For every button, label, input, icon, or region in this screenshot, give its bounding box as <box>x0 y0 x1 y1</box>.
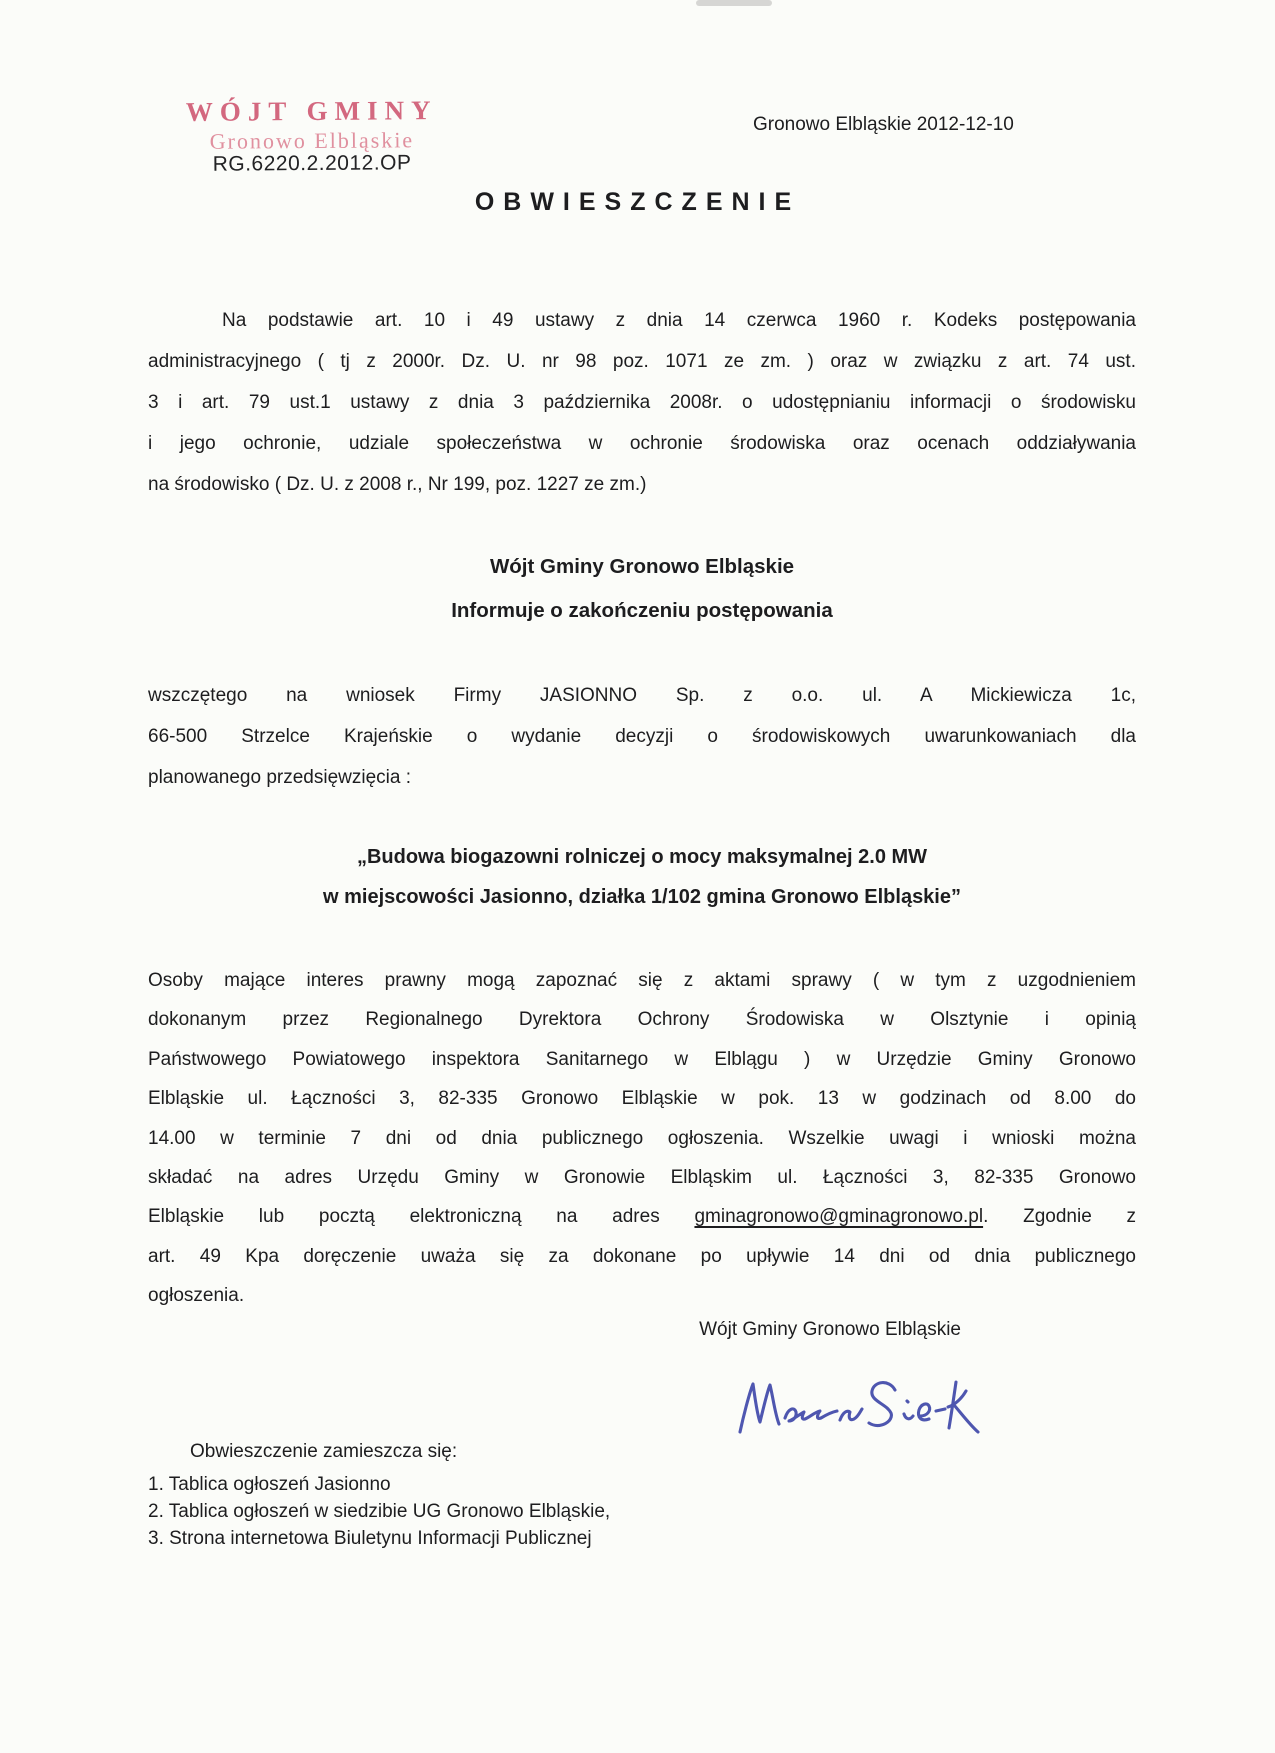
information-line: ogłoszenia. <box>148 1276 1136 1315</box>
office-stamp: WÓJT GMINY Gronowo Elbląskie RG.6220.2.2… <box>186 95 438 177</box>
information-line: 14.00 w terminie 7 dni od dnia publiczne… <box>148 1119 1136 1158</box>
distribution-list-item: 1. Tablica ogłoszeń Jasionno <box>148 1471 1136 1498</box>
legal-basis-line: na środowisko ( Dz. U. z 2008 r., Nr 199… <box>148 464 1136 505</box>
announcement-heading: Wójt Gminy Gronowo Elbląskie Informuje o… <box>148 545 1136 633</box>
information-line: art. 49 Kpa doręczenie uważa się za doko… <box>148 1237 1136 1276</box>
application-line: wszczętego na wniosek Firmy JASIONNO Sp.… <box>148 675 1136 716</box>
information-line: Elbląskie lub pocztą elektroniczną na ad… <box>148 1197 1136 1236</box>
case-reference-number: RG.6220.2.2012.OP <box>186 151 438 177</box>
distribution-label: Obwieszczenie zamieszcza się: <box>148 1438 1136 1465</box>
application-line: planowanego przedsięwzięcia : <box>148 757 1136 798</box>
heading-authority: Wójt Gminy Gronowo Elbląskie <box>148 545 1136 589</box>
legal-basis-paragraph: Na podstawie art. 10 i 49 ustawy z dnia … <box>148 300 1136 505</box>
legal-basis-line: i jego ochronie, udziale społeczeństwa w… <box>148 423 1136 464</box>
information-paragraph: Osoby mające interes prawny mogą zapozna… <box>148 961 1136 1316</box>
heading-statement: Informuje o zakończeniu postępowania <box>148 589 1136 633</box>
information-line: składać na adres Urzędu Gminy w Gronowie… <box>148 1158 1136 1197</box>
information-line: Elbląskie ul. Łączności 3, 82-335 Gronow… <box>148 1079 1136 1118</box>
application-line: 66-500 Strzelce Krajeńskie o wydanie dec… <box>148 716 1136 757</box>
distribution-list-item: 2. Tablica ogłoszeń w siedzibie UG Grono… <box>148 1498 1136 1525</box>
application-paragraph: wszczętego na wniosek Firmy JASIONNO Sp.… <box>148 675 1136 798</box>
closing-signatory-title: Wójt Gminy Gronowo Elbląskie <box>148 1312 1136 1348</box>
project-title-line-2: w miejscowości Jasionno, działka 1/102 g… <box>148 877 1136 917</box>
document-body: Na podstawie art. 10 i 49 ustawy z dnia … <box>148 300 1136 1552</box>
email-address: gminagronowo@gminagronowo.pl <box>694 1206 983 1227</box>
stamp-office-name: WÓJT GMINY <box>186 95 438 128</box>
information-line: dokonanym przez Regionalnego Dyrektora O… <box>148 1000 1136 1039</box>
project-title-line-1: „Budowa biogazowni rolniczej o mocy maks… <box>148 837 1136 877</box>
project-title-quote: „Budowa biogazowni rolniczej o mocy maks… <box>148 837 1136 917</box>
legal-basis-line: administracyjnego ( tj z 2000r. Dz. U. n… <box>148 341 1136 382</box>
scanner-artifact <box>696 0 772 6</box>
legal-basis-line: 3 i art. 79 ust.1 ustawy z dnia 3 paździ… <box>148 382 1136 423</box>
legal-basis-line: Na podstawie art. 10 i 49 ustawy z dnia … <box>148 300 1136 341</box>
scanned-document-page: WÓJT GMINY Gronowo Elbląskie RG.6220.2.2… <box>0 0 1275 1753</box>
information-line: Państwowego Powiatowego inspektora Sanit… <box>148 1040 1136 1079</box>
handwritten-signature <box>732 1368 984 1454</box>
distribution-section: Obwieszczenie zamieszcza się: 1. Tablica… <box>148 1438 1136 1552</box>
distribution-list-item: 3. Strona internetowa Biuletynu Informac… <box>148 1525 1136 1552</box>
document-title: OBWIESZCZENIE <box>0 188 1275 217</box>
distribution-list: 1. Tablica ogłoszeń Jasionno2. Tablica o… <box>148 1471 1136 1552</box>
information-line: Osoby mające interes prawny mogą zapozna… <box>148 961 1136 1000</box>
place-and-date: Gronowo Elbląskie 2012-12-10 <box>753 114 1014 136</box>
